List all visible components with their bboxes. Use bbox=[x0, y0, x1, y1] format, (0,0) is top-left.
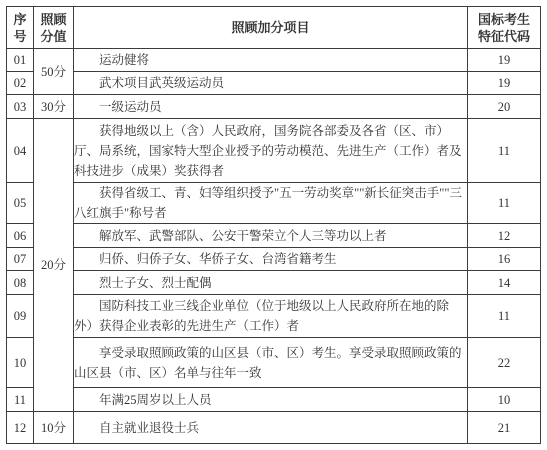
cell-no: 09 bbox=[7, 295, 34, 338]
cell-code: 21 bbox=[468, 412, 541, 444]
table-row: 01 50分 运动健将 19 bbox=[7, 49, 541, 72]
cell-item: 烈士子女、烈士配偶 bbox=[74, 271, 468, 295]
table-row: 12 10分 自主就业退役士兵 21 bbox=[7, 412, 541, 444]
col-header-item-label: 照顾加分项目 bbox=[231, 20, 309, 35]
cell-item: 享受录取照顾政策的山区县（市、区）考生。享受录取照顾政策的山区县（市、区）名单与… bbox=[74, 338, 468, 388]
cell-item: 年满25周岁以上人员 bbox=[74, 388, 468, 412]
col-header-no-label: 序号 bbox=[13, 11, 27, 45]
col-header-score-label: 照顾分值 bbox=[39, 11, 69, 45]
cell-item: 一级运动员 bbox=[74, 95, 468, 119]
table-row: 09 国防科技工业三线企业单位（位于地级以上人民政府所在地的除外）获得企业表彰的… bbox=[7, 295, 541, 338]
cell-item: 运动健将 bbox=[74, 49, 468, 72]
cell-code: 10 bbox=[468, 388, 541, 412]
table-header-row: 序号 照顾分值 照顾加分项目 国标考生特征代码 bbox=[7, 7, 541, 49]
col-header-item: 照顾加分项目 bbox=[74, 7, 468, 49]
col-header-no: 序号 bbox=[7, 7, 34, 49]
col-header-score: 照顾分值 bbox=[34, 7, 74, 49]
cell-code: 19 bbox=[468, 49, 541, 72]
cell-no: 12 bbox=[7, 412, 34, 444]
cell-no: 08 bbox=[7, 271, 34, 295]
cell-no: 02 bbox=[7, 72, 34, 95]
cell-item: 解放军、武警部队、公安干警荣立个人三等功以上者 bbox=[74, 224, 468, 248]
cell-no: 10 bbox=[7, 338, 34, 388]
table-row: 05 获得省级工、青、妇等组织授予"五一劳动奖章""新长征突击手""三八红旗手"… bbox=[7, 183, 541, 224]
cell-no: 01 bbox=[7, 49, 34, 72]
cell-no: 05 bbox=[7, 183, 34, 224]
cell-item: 国防科技工业三线企业单位（位于地级以上人民政府所在地的除外）获得企业表彰的先进生… bbox=[74, 295, 468, 338]
cell-code: 14 bbox=[468, 271, 541, 295]
table-row: 11 年满25周岁以上人员 10 bbox=[7, 388, 541, 412]
table-row: 04 20分 获得地级以上（含）人民政府，国务院各部委及各省（区、市）厅、局系统… bbox=[7, 119, 541, 183]
cell-code: 11 bbox=[468, 295, 541, 338]
table-row: 02 武术项目武英级运动员 19 bbox=[7, 72, 541, 95]
table-row: 03 30分 一级运动员 20 bbox=[7, 95, 541, 119]
cell-code: 22 bbox=[468, 338, 541, 388]
cell-item: 获得省级工、青、妇等组织授予"五一劳动奖章""新长征突击手""三八红旗手"称号者 bbox=[74, 183, 468, 224]
table-row: 07 归侨、归侨子女、华侨子女、台湾省籍考生 16 bbox=[7, 248, 541, 271]
cell-score-group-30: 30分 bbox=[34, 95, 74, 119]
bonus-policy-table: 序号 照顾分值 照顾加分项目 国标考生特征代码 01 50分 运动健将 19 0… bbox=[6, 6, 541, 444]
cell-code: 19 bbox=[468, 72, 541, 95]
cell-no: 03 bbox=[7, 95, 34, 119]
table-row: 06 解放军、武警部队、公安干警荣立个人三等功以上者 12 bbox=[7, 224, 541, 248]
cell-no: 07 bbox=[7, 248, 34, 271]
cell-no: 04 bbox=[7, 119, 34, 183]
col-header-code: 国标考生特征代码 bbox=[468, 7, 541, 49]
page: 序号 照顾分值 照顾加分项目 国标考生特征代码 01 50分 运动健将 19 0… bbox=[0, 0, 547, 444]
table-row: 08 烈士子女、烈士配偶 14 bbox=[7, 271, 541, 295]
cell-code: 12 bbox=[468, 224, 541, 248]
cell-item: 武术项目武英级运动员 bbox=[74, 72, 468, 95]
cell-item: 归侨、归侨子女、华侨子女、台湾省籍考生 bbox=[74, 248, 468, 271]
cell-code: 11 bbox=[468, 183, 541, 224]
cell-item: 自主就业退役士兵 bbox=[74, 412, 468, 444]
cell-code: 16 bbox=[468, 248, 541, 271]
cell-no: 06 bbox=[7, 224, 34, 248]
cell-score-group-10: 10分 bbox=[34, 412, 74, 444]
cell-code: 20 bbox=[468, 95, 541, 119]
cell-code: 11 bbox=[468, 119, 541, 183]
table-row: 10 享受录取照顾政策的山区县（市、区）考生。享受录取照顾政策的山区县（市、区）… bbox=[7, 338, 541, 388]
cell-no: 11 bbox=[7, 388, 34, 412]
cell-score-group-50: 50分 bbox=[34, 49, 74, 95]
cell-item: 获得地级以上（含）人民政府，国务院各部委及各省（区、市）厅、局系统，国家特大型企… bbox=[74, 119, 468, 183]
col-header-code-label: 国标考生特征代码 bbox=[476, 11, 532, 45]
cell-score-group-20: 20分 bbox=[34, 119, 74, 412]
